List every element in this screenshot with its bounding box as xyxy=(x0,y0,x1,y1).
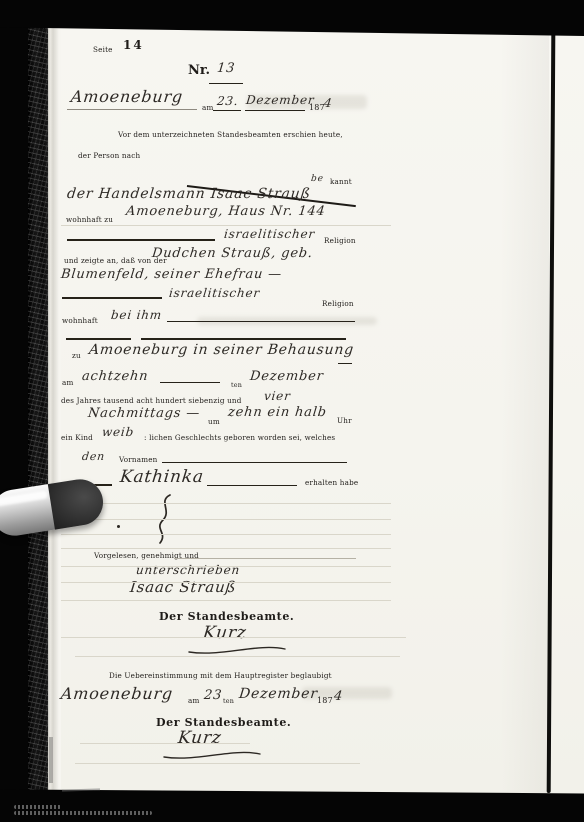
birth-day-entry: achtzehn xyxy=(81,369,149,384)
record-number-label: Nr. xyxy=(188,63,210,78)
ten-label: ten xyxy=(231,381,242,389)
be-insert: be xyxy=(310,174,324,184)
erhalten-habe-label: erhalten habe xyxy=(305,478,358,487)
gender-entry: weib xyxy=(101,425,135,439)
year-word-entry: vier xyxy=(263,389,291,403)
uhr-label: Uhr xyxy=(337,416,352,425)
record-number-value: 13 xyxy=(216,61,236,76)
person-nach-label: der Person nach xyxy=(78,151,140,160)
zu-label: zu xyxy=(72,351,81,360)
declarant-signature: Isaac Strauß xyxy=(129,578,237,596)
time-entry: zehn ein halb xyxy=(227,405,327,420)
mother-entry2: Blumenfeld, seiner Ehefrau — xyxy=(60,267,282,282)
certification-year-digit: 4 xyxy=(333,689,344,704)
registrar-signature: Kurz xyxy=(202,623,248,643)
den-entry: den xyxy=(81,450,105,463)
wohnhaft-zu-label: wohnhaft zu xyxy=(66,215,113,224)
certification-month: Dezember xyxy=(238,686,318,702)
signature-swash xyxy=(187,642,287,656)
certification-registrar-signature: Kurz xyxy=(177,728,223,748)
geschlecht-line: : lichen Geschlechts geboren worden sei,… xyxy=(144,433,335,442)
registrar-title: Der Standesbeamte. xyxy=(159,610,294,623)
certification-am: am xyxy=(188,696,200,705)
dateline-place: Amoeneburg xyxy=(70,87,184,106)
form-heading: Vor dem unterzeichneten Standesbeamten e… xyxy=(118,130,343,139)
certification-line: Die Uebereinstimmung mit dem Hauptregist… xyxy=(109,671,332,680)
residence-entry: Amoeneburg, Haus Nr. 144 xyxy=(125,204,326,219)
page-curvature-shade xyxy=(500,33,549,793)
page-gutter-edge xyxy=(47,27,61,795)
ink-dot xyxy=(117,525,120,528)
book-binding-edge xyxy=(28,22,48,794)
mother-entry: Dudchen Strauß, geb. xyxy=(151,246,313,261)
microfilm-caption-line-2 xyxy=(14,811,152,815)
birth-month-entry: Dezember xyxy=(249,369,324,384)
religion1-label: Religion xyxy=(324,236,356,245)
page-label: Seite xyxy=(93,45,113,54)
page-number: 14 xyxy=(123,38,144,52)
certification-place: Amoeneburg xyxy=(60,684,174,703)
time-of-day-entry: Nachmittags — xyxy=(87,406,201,421)
certification-registrar-title: Der Standesbeamte. xyxy=(156,716,291,729)
bei-ihm-entry: bei ihm xyxy=(110,308,162,322)
scan-bottom-border xyxy=(0,788,584,822)
microfilm-scan-frame: Seite 14 Nr. 13 Amoeneburg am 23. Dezemb… xyxy=(0,0,584,822)
kannt-label: kannt xyxy=(330,177,352,186)
certification-year-printed: 187 xyxy=(317,696,333,705)
year-line-label: des Jahres tausend acht hundert siebenzi… xyxy=(61,396,242,405)
declarant-entry: der Handelsmann Isaac Strauß xyxy=(66,186,311,202)
dateline-month: Dezember xyxy=(245,93,315,107)
birth-place-entry: Amoeneburg in seiner Behausung xyxy=(88,342,355,358)
first-name-entry: Kathinka xyxy=(119,467,205,487)
religion2-entry: israelitischer xyxy=(168,286,260,300)
wohnhaft-label: wohnhaft xyxy=(62,316,98,325)
certification-day: 23 xyxy=(203,688,223,703)
page-edge-streak xyxy=(49,737,53,783)
microfilm-caption-line-1 xyxy=(14,805,61,809)
dateline-year-digit: 4 xyxy=(323,96,333,110)
signature-swash xyxy=(162,747,262,761)
vornamen-label: Vornamen xyxy=(119,455,158,464)
religion1-entry: israelitischer xyxy=(223,227,315,241)
religion2-label: Religion xyxy=(322,299,354,308)
certification-ten: ten xyxy=(223,697,234,705)
ein-kind-label: ein Kind xyxy=(61,433,93,442)
dateline-am: am xyxy=(202,103,214,112)
dateline-day: 23. xyxy=(216,94,239,108)
page-weight-highlight xyxy=(0,490,48,506)
um-label: um xyxy=(208,417,220,426)
am-label: am xyxy=(62,378,74,387)
